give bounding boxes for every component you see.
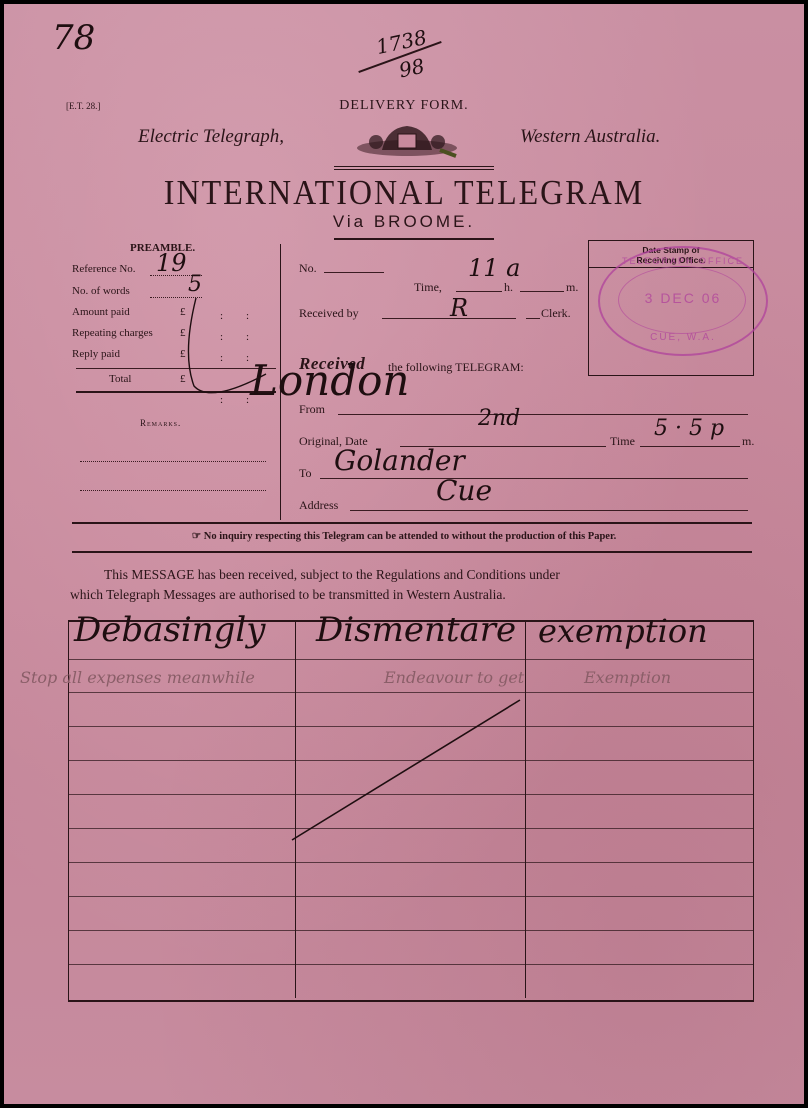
left-title: Electric Telegraph, xyxy=(138,126,284,148)
address-field[interactable] xyxy=(350,510,748,511)
message-notice-2: which Telegraph Messages are authorised … xyxy=(70,587,506,603)
postmark-date: 3 DEC 06 xyxy=(600,290,766,306)
preamble-reply-label: Reply paid xyxy=(72,348,120,360)
annotation-top-left: 78 xyxy=(52,18,95,58)
header-rule-3 xyxy=(334,238,494,240)
main-title: INTERNATIONAL TELEGRAM xyxy=(4,172,804,213)
time2-value: 5 · 5 p xyxy=(654,416,724,441)
preamble-reference-label: Reference No. xyxy=(72,263,136,275)
clerk-label: Clerk. xyxy=(541,306,571,321)
from-field[interactable] xyxy=(338,414,748,415)
header-rule-2 xyxy=(334,169,494,170)
time2-field[interactable] xyxy=(640,446,740,447)
no-field[interactable] xyxy=(324,272,384,273)
preamble-amount-label: Amount paid xyxy=(72,306,130,318)
subtitle: Via BROOME. xyxy=(4,212,804,232)
right-title: Western Australia. xyxy=(520,126,660,148)
time-minute-field[interactable] xyxy=(520,291,564,292)
time-hour-value: 11 a xyxy=(468,254,520,282)
time-m-unit: m. xyxy=(566,280,578,295)
grid-row xyxy=(69,659,753,660)
from-label: From xyxy=(299,402,325,417)
no-label: No. xyxy=(299,261,317,276)
address-value: Cue xyxy=(436,474,492,507)
telegram-form: 78 1738 98 [E.T. 28.] DELIVERY FORM. Ele… xyxy=(4,4,804,1104)
decoded-pencil-1: Stop all expenses meanwhile xyxy=(20,668,255,687)
annotation-ref-bottom: 98 xyxy=(397,54,427,83)
coded-word-2: Dismentare xyxy=(316,610,516,650)
to-field[interactable] xyxy=(320,478,748,479)
time-hour-field[interactable] xyxy=(456,291,502,292)
cancel-stroke xyxy=(288,694,528,844)
coded-word-3: exemption xyxy=(538,612,708,650)
grid-row xyxy=(69,930,753,931)
grid-row xyxy=(69,862,753,863)
grid-row xyxy=(69,964,753,965)
preamble-total-label: Total xyxy=(109,373,131,385)
reference-value[interactable]: 19 xyxy=(156,249,187,277)
postmark-ring-text: TELEGRAPH OFFICE xyxy=(600,256,766,266)
remarks-line-2[interactable] xyxy=(80,490,266,491)
header-rule-1 xyxy=(334,166,494,167)
inquiry-notice: ☞ No inquiry respecting this Telegram ca… xyxy=(4,530,804,542)
received-by-field[interactable] xyxy=(382,318,516,319)
preamble-repeating-label: Repeating charges xyxy=(72,327,153,339)
postmark-stamp: TELEGRAPH OFFICE 3 DEC 06 CUE, W.A. xyxy=(598,246,768,356)
clerk-dash xyxy=(526,318,540,319)
message-notice-1: This MESSAGE has been received, subject … xyxy=(104,567,560,583)
received-by-label: Received by xyxy=(299,306,359,321)
received-by-value: R xyxy=(450,294,468,322)
handwritten-flourish xyxy=(176,294,296,414)
address-label: Address xyxy=(299,498,338,513)
crest-icon xyxy=(352,120,462,160)
time-h-unit: h. xyxy=(504,280,513,295)
original-date-value: 2nd xyxy=(478,406,520,431)
to-value: Golander xyxy=(334,444,465,477)
preamble-words-label: No. of words xyxy=(72,285,130,297)
remarks-line-1[interactable] xyxy=(80,461,266,462)
time-label: Time, xyxy=(414,280,442,295)
decoded-pencil-3: Exemption xyxy=(584,668,671,687)
to-label: To xyxy=(299,466,312,481)
notice-rule-top xyxy=(72,522,752,524)
grid-row xyxy=(69,896,753,897)
remarks-label: Remarks. xyxy=(140,418,181,428)
grid-row xyxy=(69,692,753,693)
time2-unit: m. xyxy=(742,434,754,449)
coded-word-1: Debasingly xyxy=(74,610,265,650)
decoded-pencil-2: Endeavour to get xyxy=(384,668,524,687)
time2-label: Time xyxy=(610,434,635,449)
postmark-place: CUE, W.A. xyxy=(600,332,766,343)
form-type: DELIVERY FORM. xyxy=(4,98,804,114)
notice-rule-bottom xyxy=(72,551,752,553)
